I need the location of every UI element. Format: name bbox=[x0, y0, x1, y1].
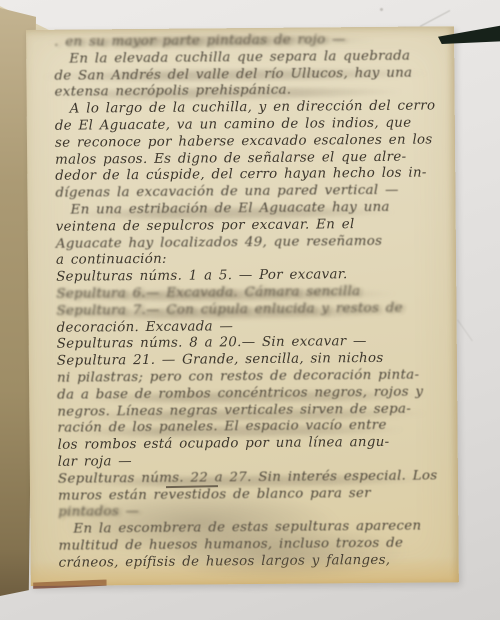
backdrop-scratch bbox=[457, 320, 473, 342]
backdrop-speck bbox=[380, 8, 383, 11]
manuscript-line: Aguacate hay localizados 49, que reseñam… bbox=[56, 233, 454, 253]
smudge-cloud bbox=[150, 522, 411, 584]
notebook-photo: . en su mayor parte pintadas de rojo — E… bbox=[0, 0, 500, 620]
cover-rust-edge bbox=[33, 579, 107, 589]
manuscript-page: . en su mayor parte pintadas de rojo — E… bbox=[26, 26, 459, 586]
backdrop-scratch bbox=[420, 10, 450, 27]
